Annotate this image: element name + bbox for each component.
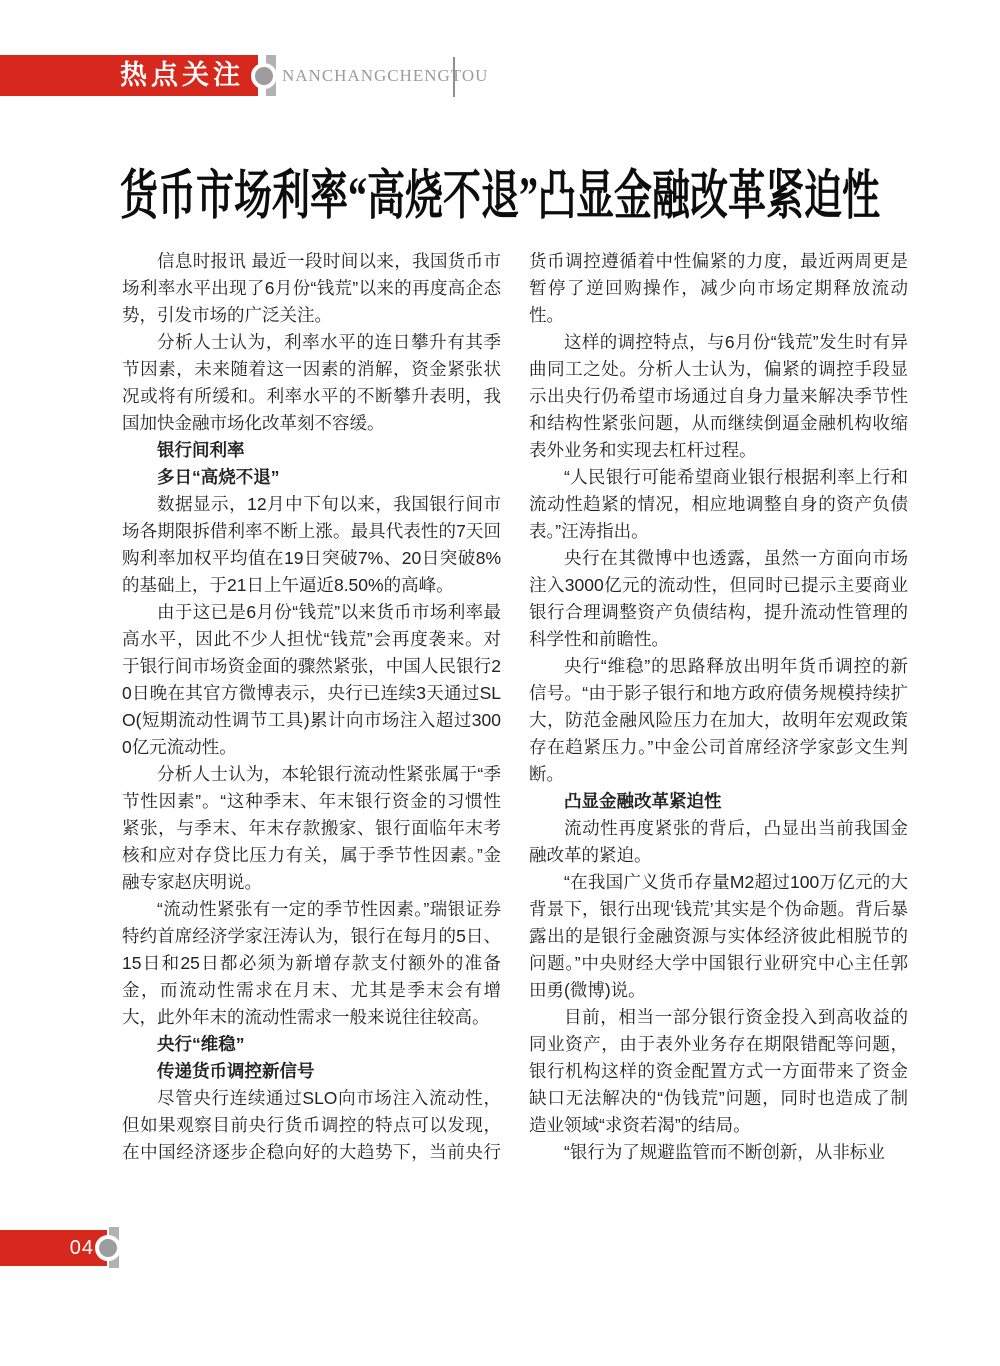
title-row: 货币市场利率“高烧不退”凸显金融改革紧迫性	[0, 152, 1000, 207]
brand-divider-line	[453, 57, 455, 97]
article-paragraph: “在我国广义货币存量M2超过100万亿元的大背景下，银行出现‘钱荒’其实是个伪命…	[529, 869, 908, 1004]
section-banner: 热点关注	[0, 55, 258, 96]
page-number-bar: 04	[0, 1230, 107, 1266]
brand-name: NANCHANGCHENGTOU	[282, 55, 488, 96]
article-title: 货币市场利率“高烧不退”凸显金融改革紧迫性	[120, 152, 880, 229]
section-label: 热点关注	[120, 62, 244, 89]
page-number: 04	[70, 1238, 94, 1258]
footer-circle-icon	[95, 1235, 121, 1261]
article-subheading: 多日“高烧不退”	[122, 464, 501, 491]
article-paragraph: 数据显示，12月中下旬以来，我国银行间市场各期限拆借利率不断上涨。最具代表性的7…	[122, 491, 501, 599]
article-subheading: 凸显金融改革紧迫性	[529, 788, 908, 815]
article-paragraph: 目前，相当一部分银行资金投入到高收益的同业资产，由于表外业务存在期限错配等问题，…	[529, 1004, 908, 1139]
article-paragraph: 分析人士认为，利率水平的连日攀升有其季节因素，未来随着这一因素的消解，资金紧张状…	[122, 329, 501, 437]
article-paragraph: 流动性再度紧张的背后，凸显出当前我国金融改革的紧迫。	[529, 815, 908, 869]
article-subheading: 央行“维稳”	[122, 1031, 501, 1058]
article-paragraph: 央行“维稳”的思路释放出明年货币调控的新信号。“由于影子银行和地方政府债务规模持…	[529, 653, 908, 788]
article-subheading: 传递货币调控新信号	[122, 1058, 501, 1085]
article-paragraph: 央行在其微博中也透露，虽然一方面向市场注入3000亿元的流动性，但同时已提示主要…	[529, 545, 908, 653]
article-paragraph: 由于这已是6月份“钱荒”以来货币市场利率最高水平，因此不少人担忧“钱荒”会再度袭…	[122, 599, 501, 761]
article-paragraph: 这样的调控特点，与6月份“钱荒”发生时有异曲同工之处。分析人士认为，偏紧的调控手…	[529, 329, 908, 464]
article-subheading: 银行间利率	[122, 437, 501, 464]
article-paragraph: 分析人士认为，本轮银行流动性紧张属于“季节性因素”。“这种季末、年末银行资金的习…	[122, 761, 501, 896]
article-paragraph: “流动性紧张有一定的季节性因素。”瑞银证券特约首席经济学家汪涛认为，银行在每月的…	[122, 896, 501, 1031]
article-body: 信息时报讯 最近一段时间以来，我国货币市场利率水平出现了6月份“钱荒”以来的再度…	[122, 248, 908, 1170]
banner-circle-icon	[251, 63, 277, 89]
article-paragraph: “银行为了规避监管而不断创新，从非标业	[529, 1139, 908, 1166]
article-paragraph: “人民银行可能希望商业银行根据利率上行和流动性趋紧的情况，相应地调整自身的资产负…	[529, 464, 908, 545]
article-paragraph: 信息时报讯 最近一段时间以来，我国货币市场利率水平出现了6月份“钱荒”以来的再度…	[122, 248, 501, 329]
